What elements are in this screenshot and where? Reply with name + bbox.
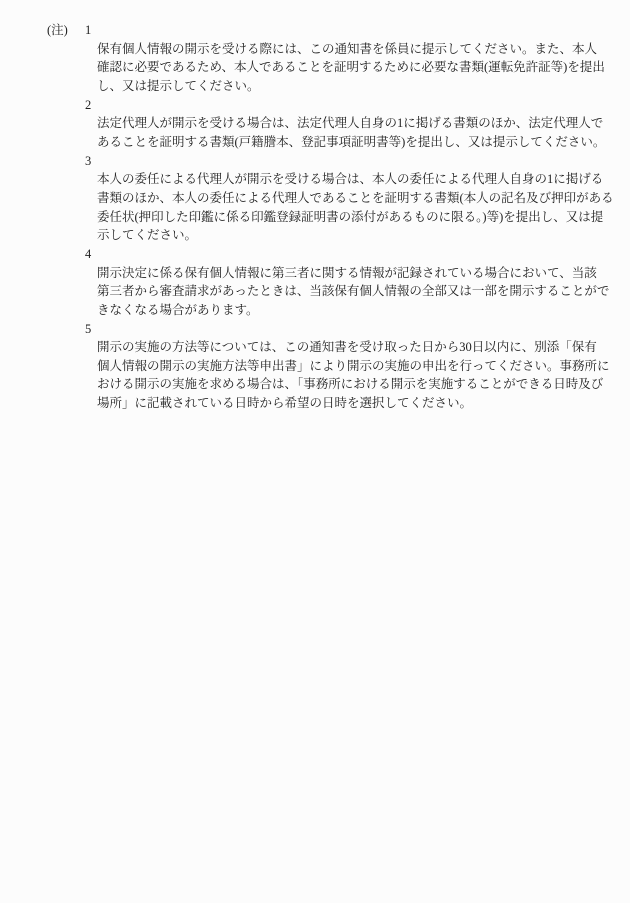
note-item-text: 保有個人情報の開示を受ける際には、この通知書を係員に提示してください。また、本人…: [97, 42, 605, 93]
note-item-1: 1保有個人情報の開示を受ける際には、この通知書を係員に提示してください。また、本…: [0, 21, 630, 96]
note-item-number: 3: [85, 152, 91, 171]
notes-block: (注) 1保有個人情報の開示を受ける際には、この通知書を係員に提示してください。…: [0, 21, 630, 413]
note-item-text: 法定代理人が開示を受ける場合は、法定代理人自身の1に掲げる書類のほか、法定代理人…: [97, 116, 605, 149]
note-item-number: 5: [85, 320, 91, 339]
note-item-3: 3本人の委任による代理人が開示を受ける場合は、本人の委任による代理人自身の1に掲…: [0, 152, 630, 245]
note-item-text: 本人の委任による代理人が開示を受ける場合は、本人の委任による代理人自身の1に掲げ…: [97, 172, 614, 242]
note-item-number: 4: [85, 245, 91, 264]
document-page: (注) 1保有個人情報の開示を受ける際には、この通知書を係員に提示してください。…: [0, 0, 630, 903]
note-item-5: 5開示の実施の方法等については、この通知書を受け取った日から30日以内に、別添「…: [0, 320, 630, 413]
note-item-4: 4開示決定に係る保有個人情報に第三者に関する情報が記録されている場合において、当…: [0, 245, 630, 320]
note-item-number: 1: [85, 21, 91, 40]
note-item-number: 2: [85, 96, 91, 115]
note-item-text: 開示の実施の方法等については、この通知書を受け取った日から30日以内に、別添「保…: [97, 340, 610, 410]
note-item-2: 2法定代理人が開示を受ける場合は、法定代理人自身の1に掲げる書類のほか、法定代理…: [0, 96, 630, 152]
note-item-text: 開示決定に係る保有個人情報に第三者に関する情報が記録されている場合において、当該…: [97, 266, 609, 317]
